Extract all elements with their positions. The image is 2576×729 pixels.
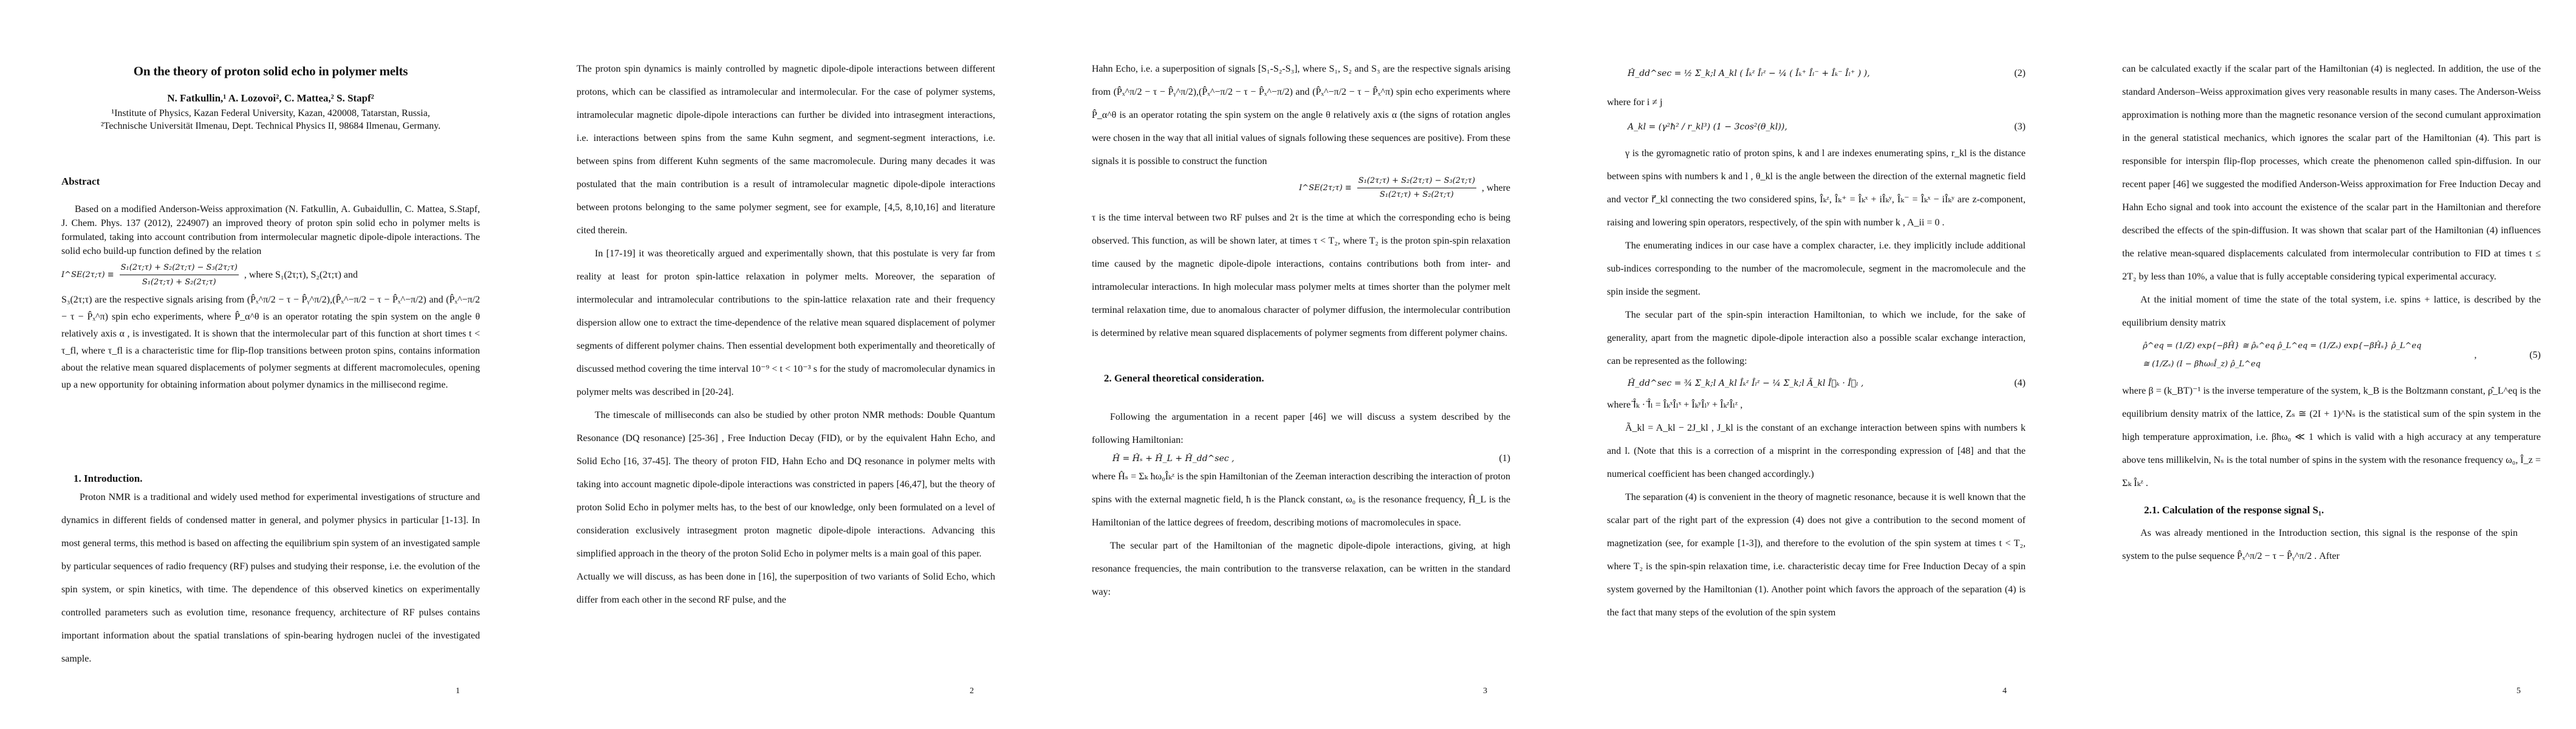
- equation-4: Ĥ_dd^sec = ¾ Σ_k;l A_kl Îₖᶻ Îₗᶻ − ¼ Σ_k;…: [1607, 377, 2026, 390]
- affiliation-1: ¹Institute of Physics, Kazan Federal Uni…: [98, 107, 444, 120]
- equation-number: (3): [2014, 120, 2026, 134]
- abstract-body: Based on a modified Anderson-Weiss appro…: [61, 202, 480, 394]
- equation-5: ρ̂^eq = (1/Z) exp{−βĤ} ≅ ρ̂ₛ^eq ρ̂_L^eq …: [2122, 337, 2541, 374]
- formula-numerator: S₁(2τ;τ) + S₂(2τ;τ) − S₃(2τ;τ): [120, 261, 239, 275]
- paragraph: At the initial moment of time the state …: [2122, 289, 2541, 335]
- build-up-function-formula: I^SE(2τ;τ) ≡ S₁(2τ;τ) + S₂(2τ;τ) − S₃(2τ…: [1092, 174, 1510, 202]
- paragraph: τ is the time interval between two RF pu…: [1092, 207, 1510, 345]
- paragraph: The secular part of the spin-spin intera…: [1607, 304, 2026, 373]
- paragraph: Following the argumentation in a recent …: [1092, 406, 1510, 452]
- author-list: N. Fatkullin,¹ A. Lozovoi², C. Mattea,² …: [61, 92, 480, 104]
- paragraph: The proton spin dynamics is mainly contr…: [577, 58, 995, 242]
- formula-fraction: S₁(2τ;τ) + S₂(2τ;τ) − S₃(2τ;τ) S₁(2τ;τ) …: [120, 261, 239, 289]
- equation-body: ρ̂^eq = (1/Z) exp{−βĤ} ≅ ρ̂ₛ^eq ρ̂_L^eq …: [2143, 337, 2422, 374]
- formula-numerator: S₁(2τ;τ) + S₂(2τ;τ) − S₃(2τ;τ): [1357, 174, 1476, 188]
- paragraph: where Ĥₛ = Σₖ ħω₀Îₖᶻ is the spin Hamilto…: [1092, 465, 1510, 535]
- paragraph: The secular part of the Hamiltonian of t…: [1092, 535, 1510, 604]
- paragraph: The separation (4) is convenient in the …: [1607, 486, 2026, 625]
- page-number: 2: [970, 686, 974, 696]
- paragraph: can be calculated exactly if the scalar …: [2122, 58, 2541, 289]
- equation-number: (1): [1499, 452, 1510, 465]
- intro-paragraph: Proton NMR is a traditional and widely u…: [61, 486, 480, 671]
- equation-body: Ĥ_dd^sec = ¾ Σ_k;l A_kl Îₖᶻ Îₗᶻ − ¼ Σ_k;…: [1628, 377, 1864, 390]
- formula-denominator: S₁(2τ;τ) + S₂(2τ;τ): [142, 275, 216, 289]
- page-5-body: can be calculated exactly if the scalar …: [2122, 58, 2541, 568]
- paragraph: γ is the gyromagnetic ratio of proton sp…: [1607, 142, 2026, 234]
- equation-number: (4): [2014, 377, 2026, 390]
- abstract-formula: I^SE(2τ;τ) ≡ S₁(2τ;τ) + S₂(2τ;τ) − S₃(2τ…: [61, 261, 480, 289]
- subsection-heading-s1: 2.1. Calculation of the response signal …: [2122, 499, 2541, 522]
- page-number: 3: [1483, 686, 1487, 696]
- abstract-heading: Abstract: [61, 176, 100, 188]
- formula-fraction: S₁(2τ;τ) + S₂(2τ;τ) − S₃(2τ;τ) S₁(2τ;τ) …: [1357, 174, 1476, 202]
- formula-lhs: I^SE(2τ;τ) ≡: [1299, 182, 1352, 195]
- section-heading-general-theory: 2. General theoretical consideration.: [1092, 367, 1510, 390]
- paragraph: As was already mentioned in the Introduc…: [2122, 522, 2541, 568]
- formula-tail: , where S₁(2τ;τ), S₂(2τ;τ) and: [244, 268, 358, 282]
- equation-body: A_kl = (γ²ħ² / r_kl³) (1 − 3cos²(θ_kl)),: [1628, 120, 1787, 134]
- paragraph: where β = (k_BT)⁻¹ is the inverse temper…: [2122, 380, 2541, 495]
- paragraph: Ã_kl = A_kl − 2J_kl , J_kl is the consta…: [1607, 417, 2026, 486]
- affiliation-2: ²Technische Universität Ilmenau, Dept. T…: [98, 120, 444, 132]
- equation-number: (5): [2529, 344, 2541, 367]
- formula-lhs: I^SE(2τ;τ) ≡: [61, 268, 114, 282]
- paper-title: On the theory of proton solid echo in po…: [61, 64, 480, 79]
- paragraph: In [17-19] it was theoretically argued a…: [577, 242, 995, 404]
- abstract-text-2: S₃(2τ;τ) are the respective signals aris…: [61, 292, 480, 394]
- page-1: On the theory of proton solid echo in po…: [0, 0, 515, 729]
- paragraph: Actually we will discuss, as has been do…: [577, 566, 995, 612]
- where-line: where for i ≠ j: [1607, 91, 2026, 114]
- formula-denominator: S₁(2τ;τ) + S₂(2τ;τ): [1380, 188, 1454, 202]
- page-4-body: Ĥ_dd^sec = ½ Σ_k;l A_kl ( Îₖᶻ Îₗᶻ − ¼ ( …: [1607, 67, 2026, 625]
- where-line-2: where Î⃗ₖ · Î⃗ₗ = ÎₖˣÎₗˣ + ÎₖʸÎₗʸ + ÎₖᶻÎ…: [1607, 394, 2026, 417]
- page-number: 4: [2002, 686, 2007, 696]
- equation-comma: ,: [2474, 344, 2476, 367]
- equation-1: Ĥ = Ĥₛ + Ĥ_L + Ĥ_dd^sec , (1): [1092, 452, 1510, 465]
- affiliations: ¹Institute of Physics, Kazan Federal Uni…: [98, 107, 444, 132]
- section-heading-introduction: 1. Introduction.: [61, 473, 480, 485]
- paragraph: Hahn Echo, i.e. a superposition of signa…: [1092, 58, 1510, 173]
- abstract-text-1: Based on a modified Anderson-Weiss appro…: [61, 202, 480, 258]
- equation-3: A_kl = (γ²ħ² / r_kl³) (1 − 3cos²(θ_kl)),…: [1607, 120, 2026, 134]
- equation-line-2: ≅ (1/Zₛ) (I − βħω₀Î_z) ρ̂_L^eq: [2143, 355, 2422, 374]
- page-3: Hahn Echo, i.e. a superposition of signa…: [1030, 0, 1546, 729]
- page-2: The proton spin dynamics is mainly contr…: [515, 0, 1030, 729]
- equation-number: (2): [2014, 67, 2026, 80]
- equation-line-1: ρ̂^eq = (1/Z) exp{−βĤ} ≅ ρ̂ₛ^eq ρ̂_L^eq …: [2143, 337, 2422, 355]
- page-2-body: The proton spin dynamics is mainly contr…: [577, 58, 995, 612]
- page-number: 5: [2516, 686, 2521, 696]
- page-number: 1: [456, 686, 460, 696]
- introduction-section: 1. Introduction. Proton NMR is a traditi…: [61, 473, 480, 671]
- equation-body: Ĥ_dd^sec = ½ Σ_k;l A_kl ( Îₖᶻ Îₗᶻ − ¼ ( …: [1628, 67, 1870, 80]
- paragraph: The timescale of milliseconds can also b…: [577, 404, 995, 566]
- page-5: can be calculated exactly if the scalar …: [2061, 0, 2576, 729]
- equation-body: Ĥ = Ĥₛ + Ĥ_L + Ĥ_dd^sec ,: [1112, 452, 1235, 465]
- page-3-body: Hahn Echo, i.e. a superposition of signa…: [1092, 58, 1510, 604]
- introduction-body: Proton NMR is a traditional and widely u…: [61, 486, 480, 671]
- paragraph: The enumerating indices in our case have…: [1607, 234, 2026, 304]
- formula-tail: , where: [1482, 182, 1510, 195]
- page-4: Ĥ_dd^sec = ½ Σ_k;l A_kl ( Îₖᶻ Îₗᶻ − ¼ ( …: [1546, 0, 2061, 729]
- equation-2: Ĥ_dd^sec = ½ Σ_k;l A_kl ( Îₖᶻ Îₗᶻ − ¼ ( …: [1607, 67, 2026, 80]
